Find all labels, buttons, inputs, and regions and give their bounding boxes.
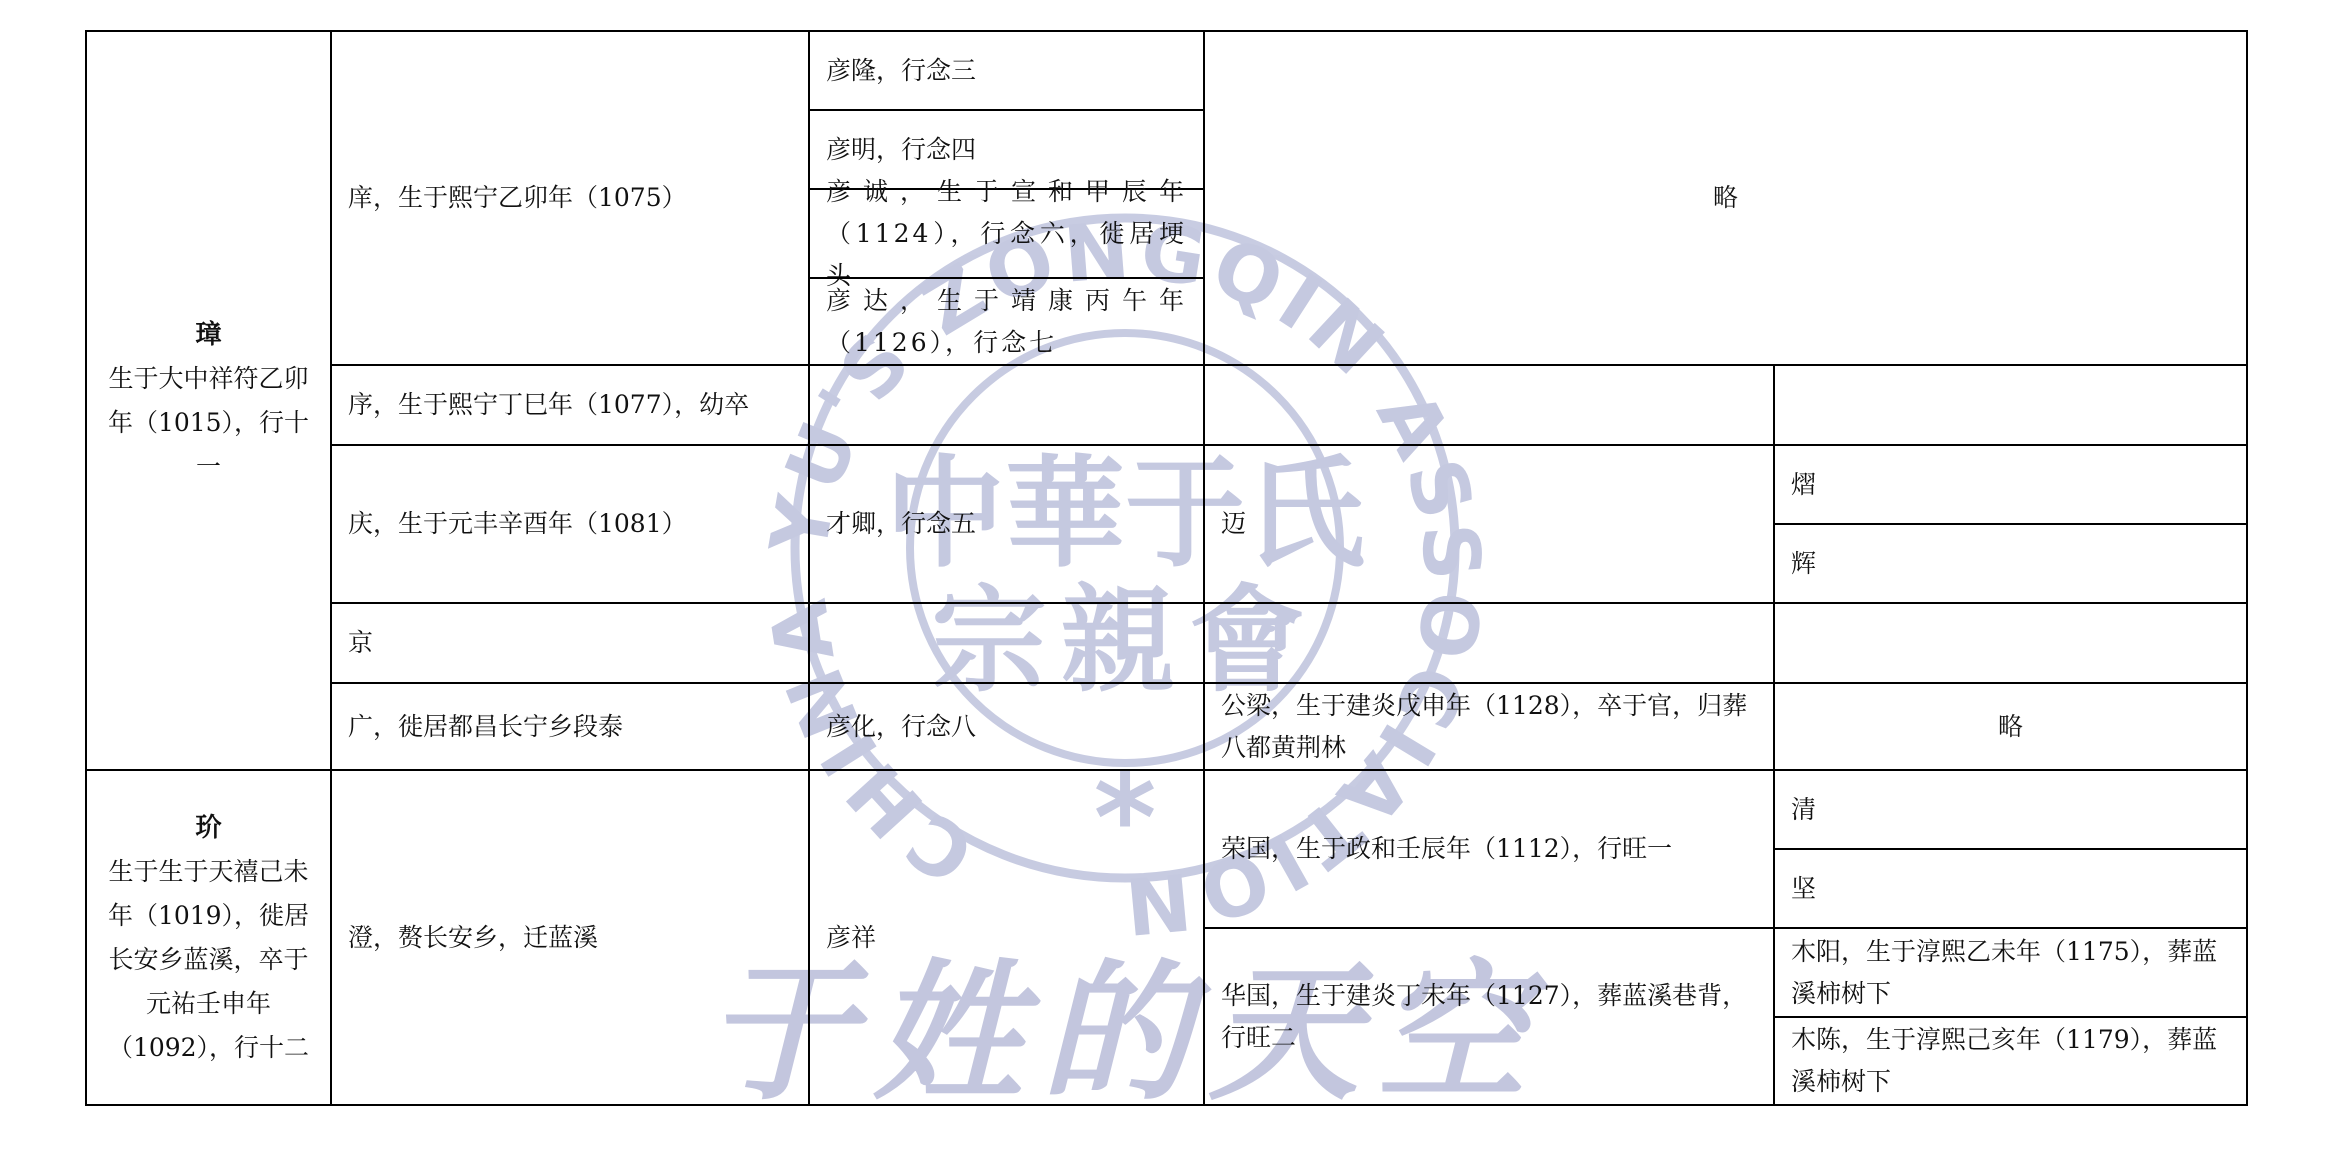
genealogy-table: 璋 生于大中祥符乙卯年（1015），行十一 玠 生于生于天禧己未年（1019），… bbox=[0, 0, 2339, 1154]
cell-text: 木阳，生于淳熙乙未年（1175），葬蓝溪柿树下 bbox=[1791, 931, 2230, 1015]
cell-text: 华国，生于建炎丁未年（1127），葬蓝溪巷背，行旺二 bbox=[1221, 975, 1757, 1059]
cell-text: 彦隆，行念三 bbox=[826, 50, 976, 92]
cell-text: 广，徙居都昌长宁乡段泰 bbox=[348, 706, 623, 748]
cell-yanda: 彦达，生于靖康丙午年（1126），行念七 bbox=[808, 277, 1205, 366]
cell-text: 才卿，行念五 bbox=[826, 503, 976, 545]
cell-yi: 熠 bbox=[1773, 444, 2248, 525]
cell-jing: 京 bbox=[330, 602, 810, 684]
cell-empty-c4-xu bbox=[1203, 364, 1775, 446]
cell-text: 熠 bbox=[1791, 464, 1816, 506]
cell-text: 略 bbox=[1998, 706, 2023, 748]
cell-text: 彦祥 bbox=[826, 917, 876, 959]
cell-yanlong: 彦隆，行念三 bbox=[808, 30, 1205, 111]
cell-lue-gongliang: 略 bbox=[1773, 682, 2248, 771]
cell-hui: 辉 bbox=[1773, 523, 2248, 604]
cell-text: 庠，生于熙宁乙卯年（1075） bbox=[348, 177, 687, 219]
cell-text: 彦化，行念八 bbox=[826, 706, 976, 748]
cell-text: 坚 bbox=[1791, 868, 1816, 910]
cell-text: 略 bbox=[1713, 177, 1738, 219]
cell-qing2: 清 bbox=[1773, 769, 2248, 850]
cell-empty-c4-jing bbox=[1203, 602, 1775, 684]
person-detail-zhang: 生于大中祥符乙卯年（1015），行十一 bbox=[99, 357, 318, 489]
cell-yancheng: 彦诚，生于宣和甲辰年（1124），行念六，徙居埂头 bbox=[808, 188, 1205, 279]
cell-empty-c5-jing bbox=[1773, 602, 2248, 684]
cell-muyang: 木阳，生于淳熙乙未年（1175），葬蓝溪柿树下 bbox=[1773, 927, 2248, 1018]
cell-huaguo: 华国，生于建炎丁未年（1127），葬蓝溪巷背，行旺二 bbox=[1203, 927, 1775, 1106]
cell-text: 序，生于熙宁丁巳年（1077），幼卒 bbox=[348, 384, 749, 426]
cell-xu: 序，生于熙宁丁巳年（1077），幼卒 bbox=[330, 364, 810, 446]
cell-rongguo: 荣国，生于政和壬辰年（1112），行旺一 bbox=[1203, 769, 1775, 929]
cell-text: 澄，赘长安乡，迁蓝溪 bbox=[348, 917, 598, 959]
cell-lue-top: 略 bbox=[1203, 30, 2248, 366]
cell-text: 京 bbox=[348, 622, 373, 664]
cell-mai: 迈 bbox=[1203, 444, 1775, 604]
cell-empty-c3-xu bbox=[808, 364, 1205, 446]
cell-qing: 庆，生于元丰辛酉年（1081） bbox=[330, 444, 810, 604]
cell-text: 木陈，生于淳熙己亥年（1179），葬蓝溪柿树下 bbox=[1791, 1019, 2230, 1103]
cell-text: 彦达，生于靖康丙午年（1126），行念七 bbox=[826, 280, 1187, 364]
person-name-zhang: 璋 bbox=[195, 313, 221, 357]
cell-jie: 玠 生于生于天禧己未年（1019），徙居长安乡蓝溪，卒于元祐壬申年（1092），… bbox=[85, 769, 332, 1106]
cell-text: 彦明，行念四 bbox=[826, 129, 976, 171]
cell-empty-c3-jing bbox=[808, 602, 1205, 684]
cell-yanhua: 彦化，行念八 bbox=[808, 682, 1205, 771]
cell-text: 清 bbox=[1791, 789, 1816, 831]
cell-text: 辉 bbox=[1791, 543, 1816, 585]
person-detail-jie: 生于生于天禧己未年（1019），徙居长安乡蓝溪，卒于元祐壬申年（1092），行十… bbox=[99, 850, 318, 1070]
cell-cheng: 澄，赘长安乡，迁蓝溪 bbox=[330, 769, 810, 1106]
cell-gongliang: 公梁，生于建炎戊申年（1128），卒于官，归葬八都黄荆林 bbox=[1203, 682, 1775, 771]
cell-text: 迈 bbox=[1221, 503, 1246, 545]
cell-text: 荣国，生于政和壬辰年（1112），行旺一 bbox=[1221, 828, 1672, 870]
cell-muchen: 木陈，生于淳熙己亥年（1179），葬蓝溪柿树下 bbox=[1773, 1016, 2248, 1106]
cell-xiang: 庠，生于熙宁乙卯年（1075） bbox=[330, 30, 810, 366]
cell-yanxiang: 彦祥 bbox=[808, 769, 1205, 1106]
cell-guang: 广，徙居都昌长宁乡段泰 bbox=[330, 682, 810, 771]
genealogy-page: CHINA YU'S ZONGQIN ASSOCIATION 中華于氏 宗親會 … bbox=[0, 0, 2339, 1154]
cell-zhang: 璋 生于大中祥符乙卯年（1015），行十一 bbox=[85, 30, 332, 771]
cell-jian: 坚 bbox=[1773, 848, 2248, 929]
cell-text: 庆，生于元丰辛酉年（1081） bbox=[348, 503, 687, 545]
cell-empty-c5-xu bbox=[1773, 364, 2248, 446]
cell-text: 公梁，生于建炎戊申年（1128），卒于官，归葬八都黄荆林 bbox=[1221, 685, 1757, 769]
person-name-jie: 玠 bbox=[195, 806, 221, 850]
cell-caiqing: 才卿，行念五 bbox=[808, 444, 1205, 604]
